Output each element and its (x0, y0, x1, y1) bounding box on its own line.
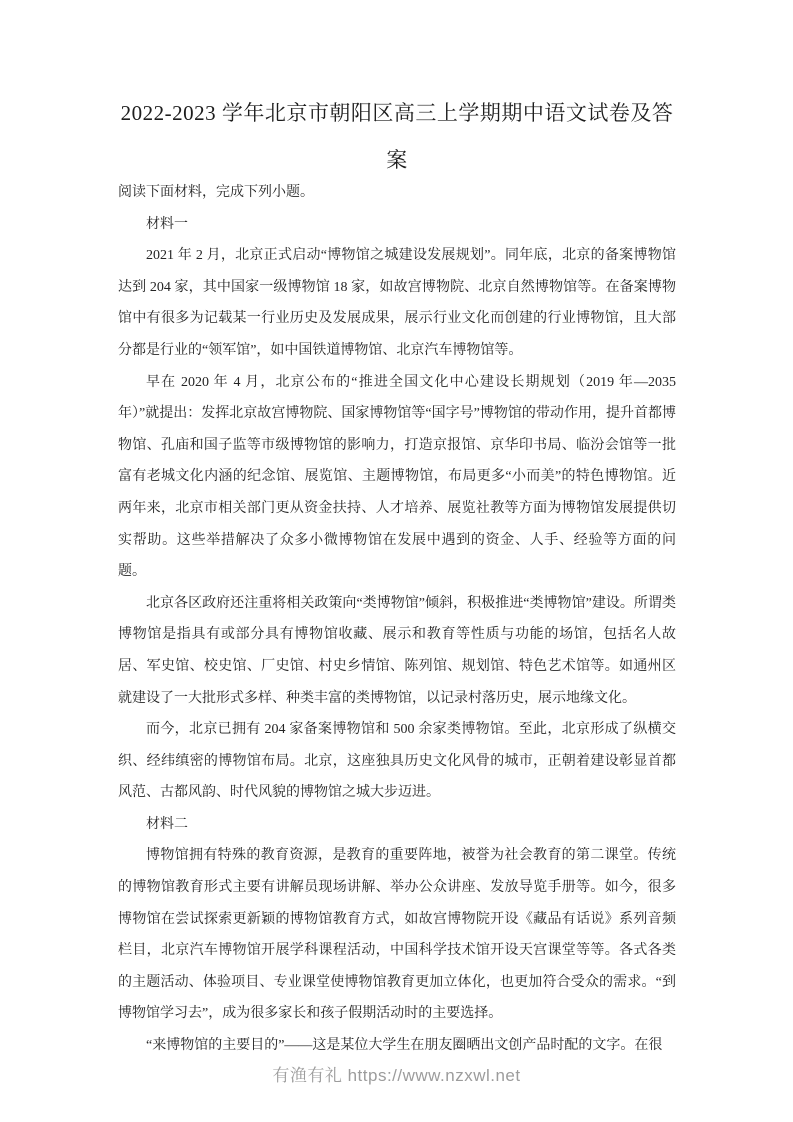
paragraph-longterm-plan: 早在 2020 年 4 月，北京公布的“推进全国文化中心建设长期规划（2019 … (118, 367, 676, 588)
document-page: 2022-2023 学年北京市朝阳区高三上学期期中语文试卷及答 案 阅读下面材料… (0, 0, 793, 1122)
paragraph-museum-education: 博物馆拥有特殊的教育资源，是教育的重要阵地，被誉为社会教育的第二课堂。传统的博物… (118, 840, 676, 1030)
footer-watermark: 有渔有礼 https://www.nzxwl.net (0, 1064, 793, 1088)
intro-line: 阅读下面材料，完成下列小题。 (118, 177, 676, 209)
paragraph-museum-city-plan: 2021 年 2 月，北京正式启动“博物馆之城建设发展规划”。同年底，北京的备案… (118, 240, 676, 366)
section-heading-material-1: 材料一 (118, 209, 676, 241)
page-title: 2022-2023 学年北京市朝阳区高三上学期期中语文试卷及答 案 (118, 90, 676, 184)
paragraph-cultural-products: “来博物馆的主要目的”——这是某位大学生在朋友圈晒出文创产品时配的文字。在很 (118, 1030, 676, 1062)
section-heading-material-2: 材料二 (118, 809, 676, 841)
paragraph-quasi-museums: 北京各区政府还注重将相关政策向“类博物馆”倾斜，积极推进“类博物馆”建设。所谓类… (118, 588, 676, 714)
page-title-line-1: 2022-2023 学年北京市朝阳区高三上学期期中语文试卷及答 (118, 90, 676, 137)
paragraph-museum-layout: 而今，北京已拥有 204 家备案博物馆和 500 余家类博物馆。至此，北京形成了… (118, 714, 676, 809)
footer-text: 有渔有礼 https://www.nzxwl.net (272, 1066, 520, 1085)
document-body: 阅读下面材料，完成下列小题。 材料一 2021 年 2 月，北京正式启动“博物馆… (118, 177, 676, 1062)
